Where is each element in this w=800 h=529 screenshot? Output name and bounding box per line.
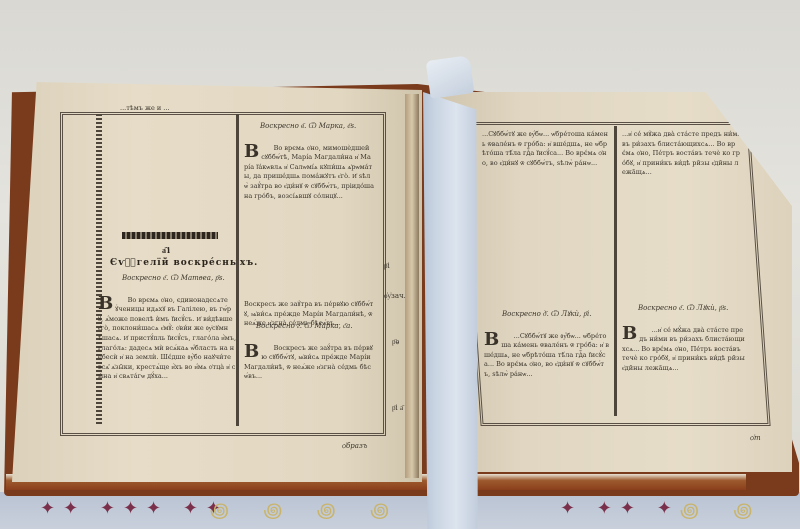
- dropcap-letter: В: [244, 344, 259, 360]
- gold-scroll-pattern-icon: ꩜ ꩜: [680, 496, 766, 525]
- column-divider: [614, 126, 617, 416]
- reading-text-column: ...Сꙋббѡ́тꙋ же ᲂу҆́бѡ... ѡ҆бре́тоша ка́м…: [482, 130, 610, 300]
- reading-text: Во врємѧ ѻ҆но, єдинонадєсѧте ꙋ҆ченицы ид…: [98, 296, 236, 381]
- reading-text-column: В...Сꙋббѡ́тꙋ же ᲂу҆́бѡ... ѡ҆бре́тоша ка́…: [484, 322, 610, 414]
- left-top-text: ...тѣмъ же и ...: [120, 104, 230, 114]
- reading-header: Воскресно г҃. Ѿ Марка, с҃а.: [256, 322, 353, 330]
- right-page: ...Сꙋббѡ́тꙋ же ᲂу҆́бѡ... ѡ҆бре́тоша ка́м…: [432, 92, 792, 472]
- margin-note: р҃і: [384, 262, 390, 270]
- column-divider: [236, 114, 239, 426]
- margin-note: р҃і а҃: [392, 404, 403, 412]
- star-pattern-icon: ✦ ✦✦ ✦: [560, 498, 680, 519]
- reading-header: Воскресно е҃. Ѿ Лꙋкѝ, р҃ѕ.: [638, 304, 728, 313]
- dropcap-letter: В: [484, 332, 499, 348]
- catchword: ѻ҆бразъ: [342, 442, 367, 450]
- dropcap-letter: В: [98, 296, 113, 312]
- book-spine-gutter: [405, 94, 419, 478]
- reading-text-column: ВВо врємѧ ѻ҆но, єдинонадєсѧте ꙋ҆ченицы и…: [98, 286, 236, 416]
- star-pattern-icon: ✦✦ ✦✦✦ ✦✦: [40, 498, 229, 519]
- photo-scene: ✦✦ ✦✦✦ ✦✦ ꩜ ꩜ ꩜ ꩜ ✦ ✦✦ ✦ ꩜ ꩜ ...тѣмъ же …: [0, 0, 800, 529]
- reading-text: Воскресъ же заꙋ́тра въ пе́рвꙋю сꙋббѡ́тꙋ,…: [244, 344, 373, 381]
- margin-note: р҃ѳ: [392, 338, 399, 346]
- catchword: ѻ҆т: [750, 434, 761, 442]
- dropcap-letter: В: [244, 144, 259, 160]
- reading-text-column: В...и҆ се́ мꙋ́жа два̀ ста́сте предъ ни́м…: [622, 316, 746, 412]
- left-page: ...тѣмъ же и ... а҃і Єѵⷢ҇гелїй воскре́сн…: [12, 82, 422, 482]
- reading-text: ...и҆ се́ мꙋ́жа два̀ ста́сте предъ ни́ми…: [622, 326, 746, 372]
- ribbon-knot: [426, 55, 475, 99]
- reading-text: ...Сꙋббѡ́тꙋ же ᲂу҆́бѡ... ѡ҆бре́тоша ка́м…: [484, 332, 609, 378]
- reading-text-column: ВВо врємѧ ѻ҆но, мимошѐдшей сꙋббѡ́тѣ, Мар…: [244, 134, 374, 299]
- gold-scroll-pattern-icon: ꩜ ꩜ ꩜ ꩜: [210, 496, 403, 525]
- reading-header: Воскресно д҃. Ѿ Лꙋкѝ, р҃і.: [502, 310, 591, 319]
- reading-text-column: ...и҆ се́ мꙋ́жа два̀ ста́сте предъ ни́ми…: [622, 130, 742, 290]
- margin-note: о҆у҆зач.: [384, 292, 406, 300]
- reading-text: Во врємѧ ѻ҆но, мимошѐдшей сꙋббѡ́тѣ, Марі…: [244, 144, 374, 200]
- dropcap-letter: В: [622, 326, 637, 342]
- reading-text-column: ВВоскресъ же заꙋ́тра въ пе́рвꙋю сꙋббѡ́тꙋ…: [244, 334, 374, 424]
- reading-header: Воскресно е҃. Ѿ Матѳеа, р҃s.: [122, 274, 225, 282]
- section-number: а҃і: [162, 245, 171, 255]
- reading-header: Воскресно в҃. Ѿ Марка, е҃s.: [260, 122, 356, 130]
- embroidered-cloth: ✦✦ ✦✦✦ ✦✦ ꩜ ꩜ ꩜ ꩜ ✦ ✦✦ ✦ ꩜ ꩜: [0, 492, 800, 529]
- ornament-headpiece: [122, 232, 218, 239]
